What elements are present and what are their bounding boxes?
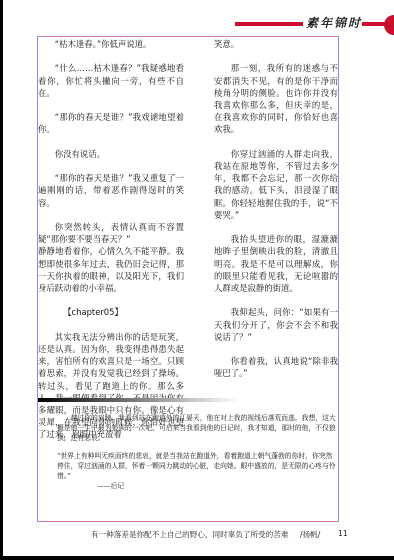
paragraph: 你看着我，认真地说“除非我哑巴了。”	[214, 355, 338, 379]
paragraph: “枯木逢春。”你低声说道。	[38, 38, 184, 50]
footer-author: /扬帆/	[300, 529, 320, 540]
paragraph: 静静地看着你，心情久久不能平静。我想即使很多年过去，我仍旧会记得，那一天你执着的…	[38, 245, 184, 294]
page-left-edge	[0, 0, 3, 560]
afterword-quote: “世界上有种叫无疾而终的悲哀，就是当我站在跑道外，看着跑道上朝气蓬勃的你时，你突…	[57, 451, 337, 481]
magazine-header: 素年锦时	[0, 12, 394, 34]
header-rule-left	[235, 22, 303, 26]
section-divider	[38, 398, 238, 402]
paragraph: 我抬头望进你的眼，湿漉漉地眸子里倒映出我的脸，清澈且明亮。我是不是可以理解成，你…	[214, 233, 338, 294]
header-tab-circle-icon	[384, 15, 394, 35]
paragraph: 你突然转头，表情认真而不容置疑“那你要不要当春天？”	[38, 221, 184, 245]
footer-quote: 有一种落差是你配不上自己的野心，同时辜负了所受的苦难	[91, 529, 288, 540]
section-title: 素年锦时	[306, 14, 362, 31]
paragraph: 你穿过汹涌的人群走向我，我站在原地等你，不管过去多少年，我都不会忘记，那一次你给…	[214, 148, 338, 221]
afterword-paragraph: 越过你的肩膀，我看到站在跑道外的江晏天，他在对上我的视线后落荒而逃。我想，这大概…	[57, 413, 337, 443]
paragraph: “那你的春天是谁？”我戏谑地望着你。	[38, 111, 184, 135]
paragraph: 那一刻，我所有的迷惑与不安都消失不见，有的是你干净而棱角分明的侧脸。也许你并没有…	[214, 62, 338, 135]
paragraph: “什么……枯木逢春？”我疑惑地看着你，你忙将头撇向一旁，有些不自在。	[38, 62, 184, 99]
header-rule-right	[362, 22, 386, 26]
article-left-column: “枯木逢春。”你低声说道。 “什么……枯木逢春？”我疑惑地看着你，你忙将头撇向一…	[38, 38, 184, 453]
paragraph: 你没有说话。	[38, 148, 184, 160]
chapter-heading: 【chapter05】	[38, 306, 184, 318]
afterword-signature: ——后记	[57, 481, 337, 491]
page-bottom-edge	[0, 556, 394, 560]
paragraph: 我仰起头，问你：“如果有一天我们分开了，你会不会不和我说话了？”	[214, 306, 338, 343]
article-right-column: 笑意。 那一刻，我所有的迷惑与不安都消失不见，有的是你干净而棱角分明的侧脸。也许…	[214, 38, 338, 392]
paragraph: “那你的春天是谁？”我又重复了一遍刚刚的话，带着恶作剧得逞时的笑容。	[38, 172, 184, 209]
paragraph: 笑意。	[214, 38, 338, 50]
afterword-block: 越过你的肩膀，我看到站在跑道外的江晏天，他在对上我的视线后落荒而逃。我想，这大概…	[57, 413, 337, 499]
page-number: 11	[338, 529, 348, 538]
